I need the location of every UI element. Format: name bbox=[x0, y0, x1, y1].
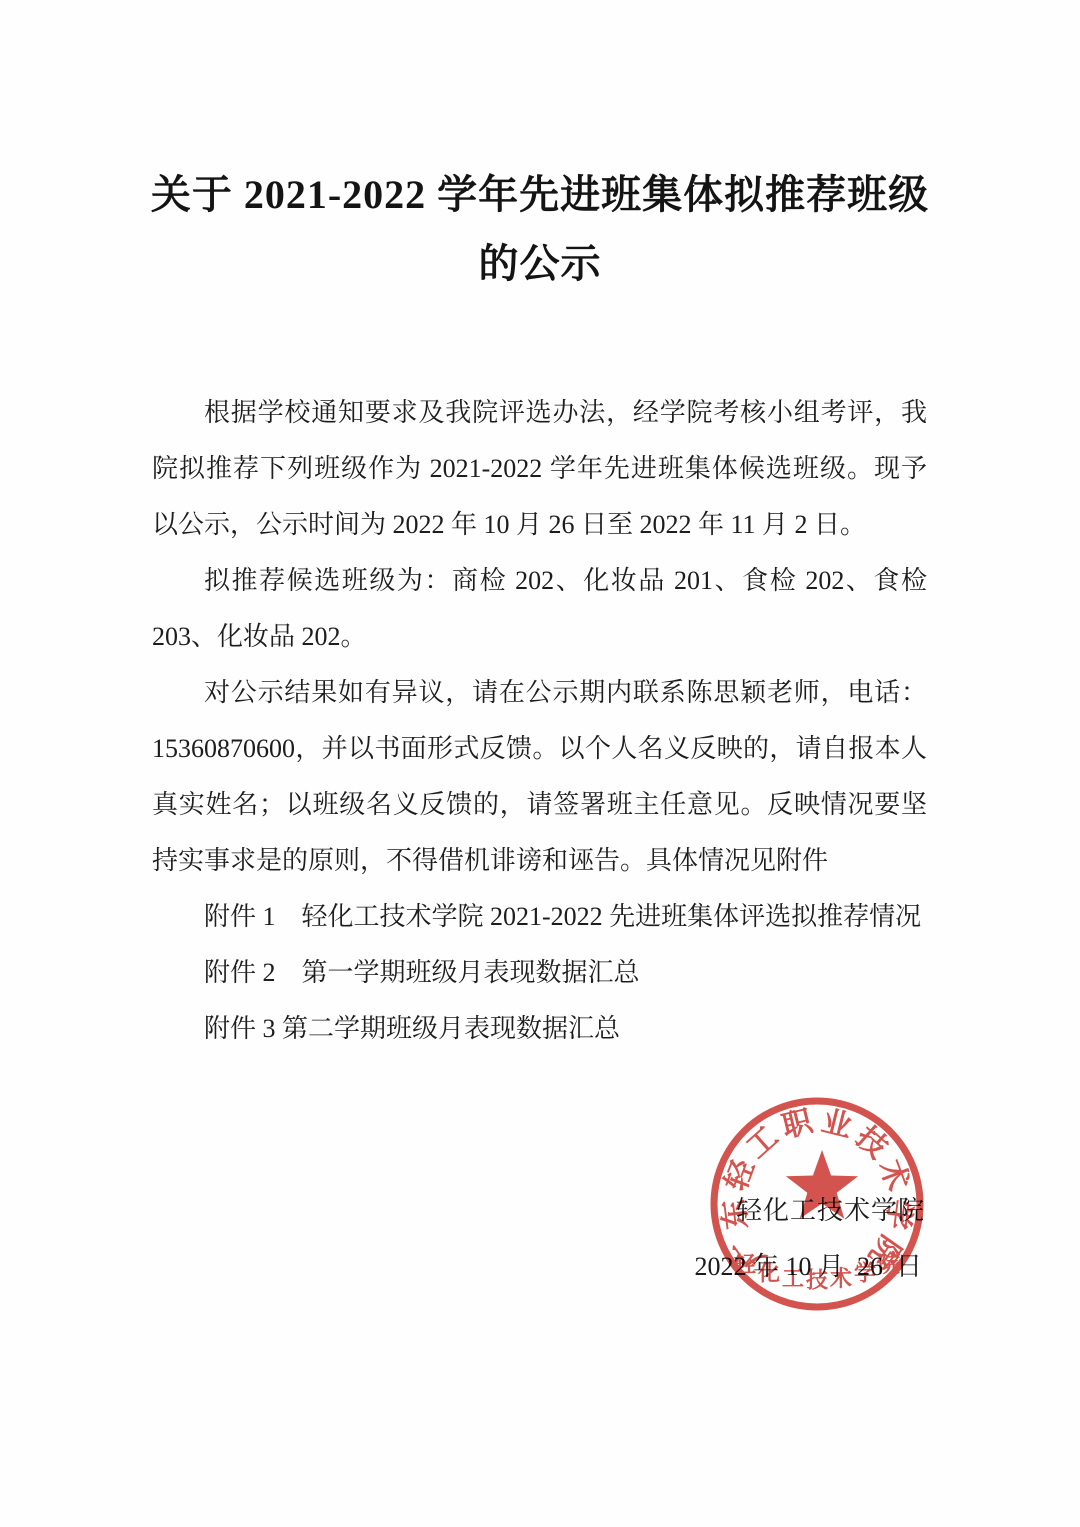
document-body: 根据学校通知要求及我院评选办法，经学院考核小组考评，我院拟推荐下列班级作为 20… bbox=[152, 385, 927, 1057]
document-title-line1: 关于 2021-2022 学年先进班集体拟推荐班级 bbox=[60, 160, 1020, 229]
seal-ring-char: 术 bbox=[873, 1154, 915, 1195]
paragraph-intro: 根据学校通知要求及我院评选办法，经学院考核小组考评，我院拟推荐下列班级作为 20… bbox=[152, 385, 927, 553]
paragraph-candidates: 拟推荐候选班级为：商检 202、化妆品 201、食检 202、食检 203、化妆… bbox=[152, 553, 927, 665]
document-title-line2: 的公示 bbox=[60, 229, 1020, 298]
seal-ring-char: 职 bbox=[779, 1105, 817, 1144]
attachment-item-3: 附件 3 第二学期班级月表现数据汇总 bbox=[152, 1001, 927, 1057]
signature-date: 2022 年 10 月 26 日 bbox=[694, 1246, 922, 1283]
seal-ring-char: 业 bbox=[818, 1105, 855, 1144]
seal-ring-char: 技 bbox=[849, 1120, 893, 1165]
paragraph-contact: 对公示结果如有异议，请在公示期内联系陈思颖老师，电话：15360870600，并… bbox=[152, 665, 927, 889]
document-title: 关于 2021-2022 学年先进班集体拟推荐班级 的公示 bbox=[60, 160, 1020, 298]
notice-document-page: 关于 2021-2022 学年先进班集体拟推荐班级 的公示 根据学校通知要求及我… bbox=[0, 0, 1080, 1527]
signature-organization: 轻化工技术学院 bbox=[736, 1190, 925, 1227]
attachment-item-2: 附件 2 第一学期班级月表现数据汇总 bbox=[152, 945, 927, 1001]
seal-ring-char: 工 bbox=[740, 1120, 784, 1165]
attachment-item-1: 附件 1 轻化工技术学院 2021-2022 先进班集体评选拟推荐情况 bbox=[152, 889, 927, 945]
